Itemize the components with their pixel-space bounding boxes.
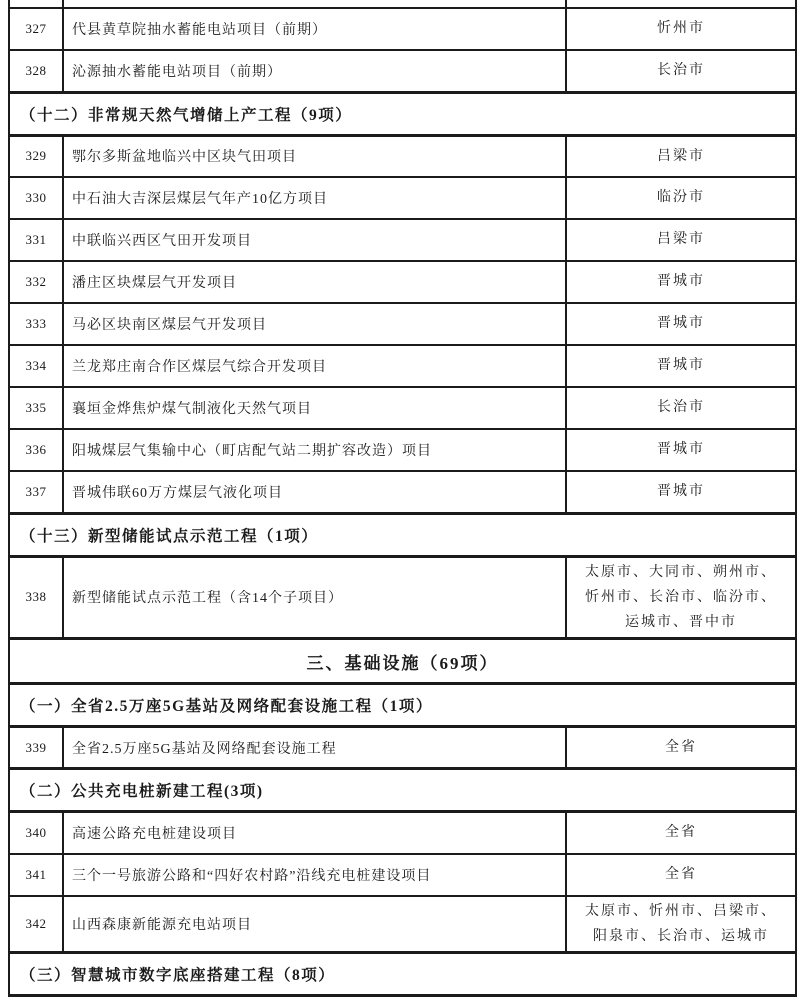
table-row: 333马必区块南区煤层气开发项目晋城市 [9,303,796,345]
region-cell: 晋城市 [566,471,796,513]
section-row: （十二）非常规天然气增储上产工程（9项） [9,92,796,135]
project-name-cell: 新型储能试点示范工程（含14个子项目） [63,556,566,639]
table-row: 336阳城煤层气集输中心（町店配气站二期扩容改造）项目晋城市 [9,429,796,471]
table-row: 335襄垣金烨焦炉煤气制液化天然气项目长治市 [9,387,796,429]
section-row: （十三）新型储能试点示范工程（1项） [9,513,796,556]
region-cell: 全省 [566,812,796,854]
row-number-cell: 335 [9,387,63,429]
row-number-cell: 328 [9,50,63,92]
section-row: （二）公共充电桩新建工程(3项) [9,769,796,812]
region-cell: 临汾市 [566,177,796,219]
region-cell: 长治市 [566,387,796,429]
region-cell: 长治市 [566,50,796,92]
project-name-cell: 襄垣金烨焦炉煤气制液化天然气项目 [63,387,566,429]
partial-row [9,0,796,8]
empty-cell [566,0,796,8]
major-row: 三、基础设施（69项） [9,639,796,684]
project-name-cell: 鄂尔多斯盆地临兴中区块气田项目 [63,135,566,177]
project-name-cell: 兰龙郑庄南合作区煤层气综合开发项目 [63,345,566,387]
project-name-cell: 山西森康新能源充电站项目 [63,896,566,953]
project-name-cell: 全省2.5万座5G基站及网络配套设施工程 [63,727,566,769]
projects-table: 327代县黄草院抽水蓄能电站项目（前期）忻州市328沁源抽水蓄能电站项目（前期）… [8,0,797,997]
table-row: 332潘庄区块煤层气开发项目晋城市 [9,261,796,303]
project-name-cell: 中石油大吉深层煤层气年产10亿方项目 [63,177,566,219]
project-name-cell: 沁源抽水蓄能电站项目（前期） [63,50,566,92]
table-row: 341三个一号旅游公路和“四好农村路”沿线充电桩建设项目全省 [9,854,796,896]
row-number-cell: 330 [9,177,63,219]
row-number-cell: 337 [9,471,63,513]
project-name-cell: 中联临兴西区气田开发项目 [63,219,566,261]
project-name-cell: 晋城伟联60万方煤层气液化项目 [63,471,566,513]
section-header-cell: （十二）非常规天然气增储上产工程（9项） [9,92,796,135]
project-name-cell: 代县黄草院抽水蓄能电站项目（前期） [63,8,566,50]
table-row: 339全省2.5万座5G基站及网络配套设施工程全省 [9,727,796,769]
projects-table-body: 327代县黄草院抽水蓄能电站项目（前期）忻州市328沁源抽水蓄能电站项目（前期）… [9,0,796,995]
region-cell: 太原市、忻州市、吕梁市、 阳泉市、长治市、运城市 [566,896,796,953]
table-row: 331中联临兴西区气田开发项目吕梁市 [9,219,796,261]
table-row: 327代县黄草院抽水蓄能电站项目（前期）忻州市 [9,8,796,50]
table-row: 329鄂尔多斯盆地临兴中区块气田项目吕梁市 [9,135,796,177]
row-number-cell: 331 [9,219,63,261]
row-number-cell: 333 [9,303,63,345]
section-header-cell: （一）全省2.5万座5G基站及网络配套设施工程（1项） [9,684,796,727]
table-row: 342山西森康新能源充电站项目太原市、忻州市、吕梁市、 阳泉市、长治市、运城市 [9,896,796,953]
region-cell: 太原市、大同市、朔州市、 忻州市、长治市、临汾市、 运城市、晋中市 [566,556,796,639]
row-number-cell: 327 [9,8,63,50]
region-cell: 晋城市 [566,261,796,303]
row-number-cell: 339 [9,727,63,769]
region-cell: 吕梁市 [566,135,796,177]
empty-cell [63,0,566,8]
table-row: 337晋城伟联60万方煤层气液化项目晋城市 [9,471,796,513]
table-row: 328沁源抽水蓄能电站项目（前期）长治市 [9,50,796,92]
table-row: 340高速公路充电桩建设项目全省 [9,812,796,854]
empty-cell [9,0,63,8]
section-header-cell: （十三）新型储能试点示范工程（1项） [9,513,796,556]
row-number-cell: 329 [9,135,63,177]
major-header-cell: 三、基础设施（69项） [9,639,796,684]
project-name-cell: 马必区块南区煤层气开发项目 [63,303,566,345]
table-row: 334兰龙郑庄南合作区煤层气综合开发项目晋城市 [9,345,796,387]
row-number-cell: 334 [9,345,63,387]
row-number-cell: 338 [9,556,63,639]
region-cell: 忻州市 [566,8,796,50]
region-cell: 全省 [566,727,796,769]
section-row: （三）智慧城市数字底座搭建工程（8项） [9,952,796,995]
region-cell: 全省 [566,854,796,896]
section-header-cell: （三）智慧城市数字底座搭建工程（8项） [9,952,796,995]
row-number-cell: 332 [9,261,63,303]
region-cell: 晋城市 [566,303,796,345]
row-number-cell: 342 [9,896,63,953]
project-name-cell: 三个一号旅游公路和“四好农村路”沿线充电桩建设项目 [63,854,566,896]
table-row: 330中石油大吉深层煤层气年产10亿方项目临汾市 [9,177,796,219]
row-number-cell: 341 [9,854,63,896]
table-row: 338新型储能试点示范工程（含14个子项目）太原市、大同市、朔州市、 忻州市、长… [9,556,796,639]
region-cell: 晋城市 [566,345,796,387]
section-row: （一）全省2.5万座5G基站及网络配套设施工程（1项） [9,684,796,727]
project-name-cell: 高速公路充电桩建设项目 [63,812,566,854]
project-name-cell: 阳城煤层气集输中心（町店配气站二期扩容改造）项目 [63,429,566,471]
section-header-cell: （二）公共充电桩新建工程(3项) [9,769,796,812]
region-cell: 吕梁市 [566,219,796,261]
row-number-cell: 336 [9,429,63,471]
row-number-cell: 340 [9,812,63,854]
region-cell: 晋城市 [566,429,796,471]
document-page: 327代县黄草院抽水蓄能电站项目（前期）忻州市328沁源抽水蓄能电站项目（前期）… [0,0,800,1002]
project-name-cell: 潘庄区块煤层气开发项目 [63,261,566,303]
